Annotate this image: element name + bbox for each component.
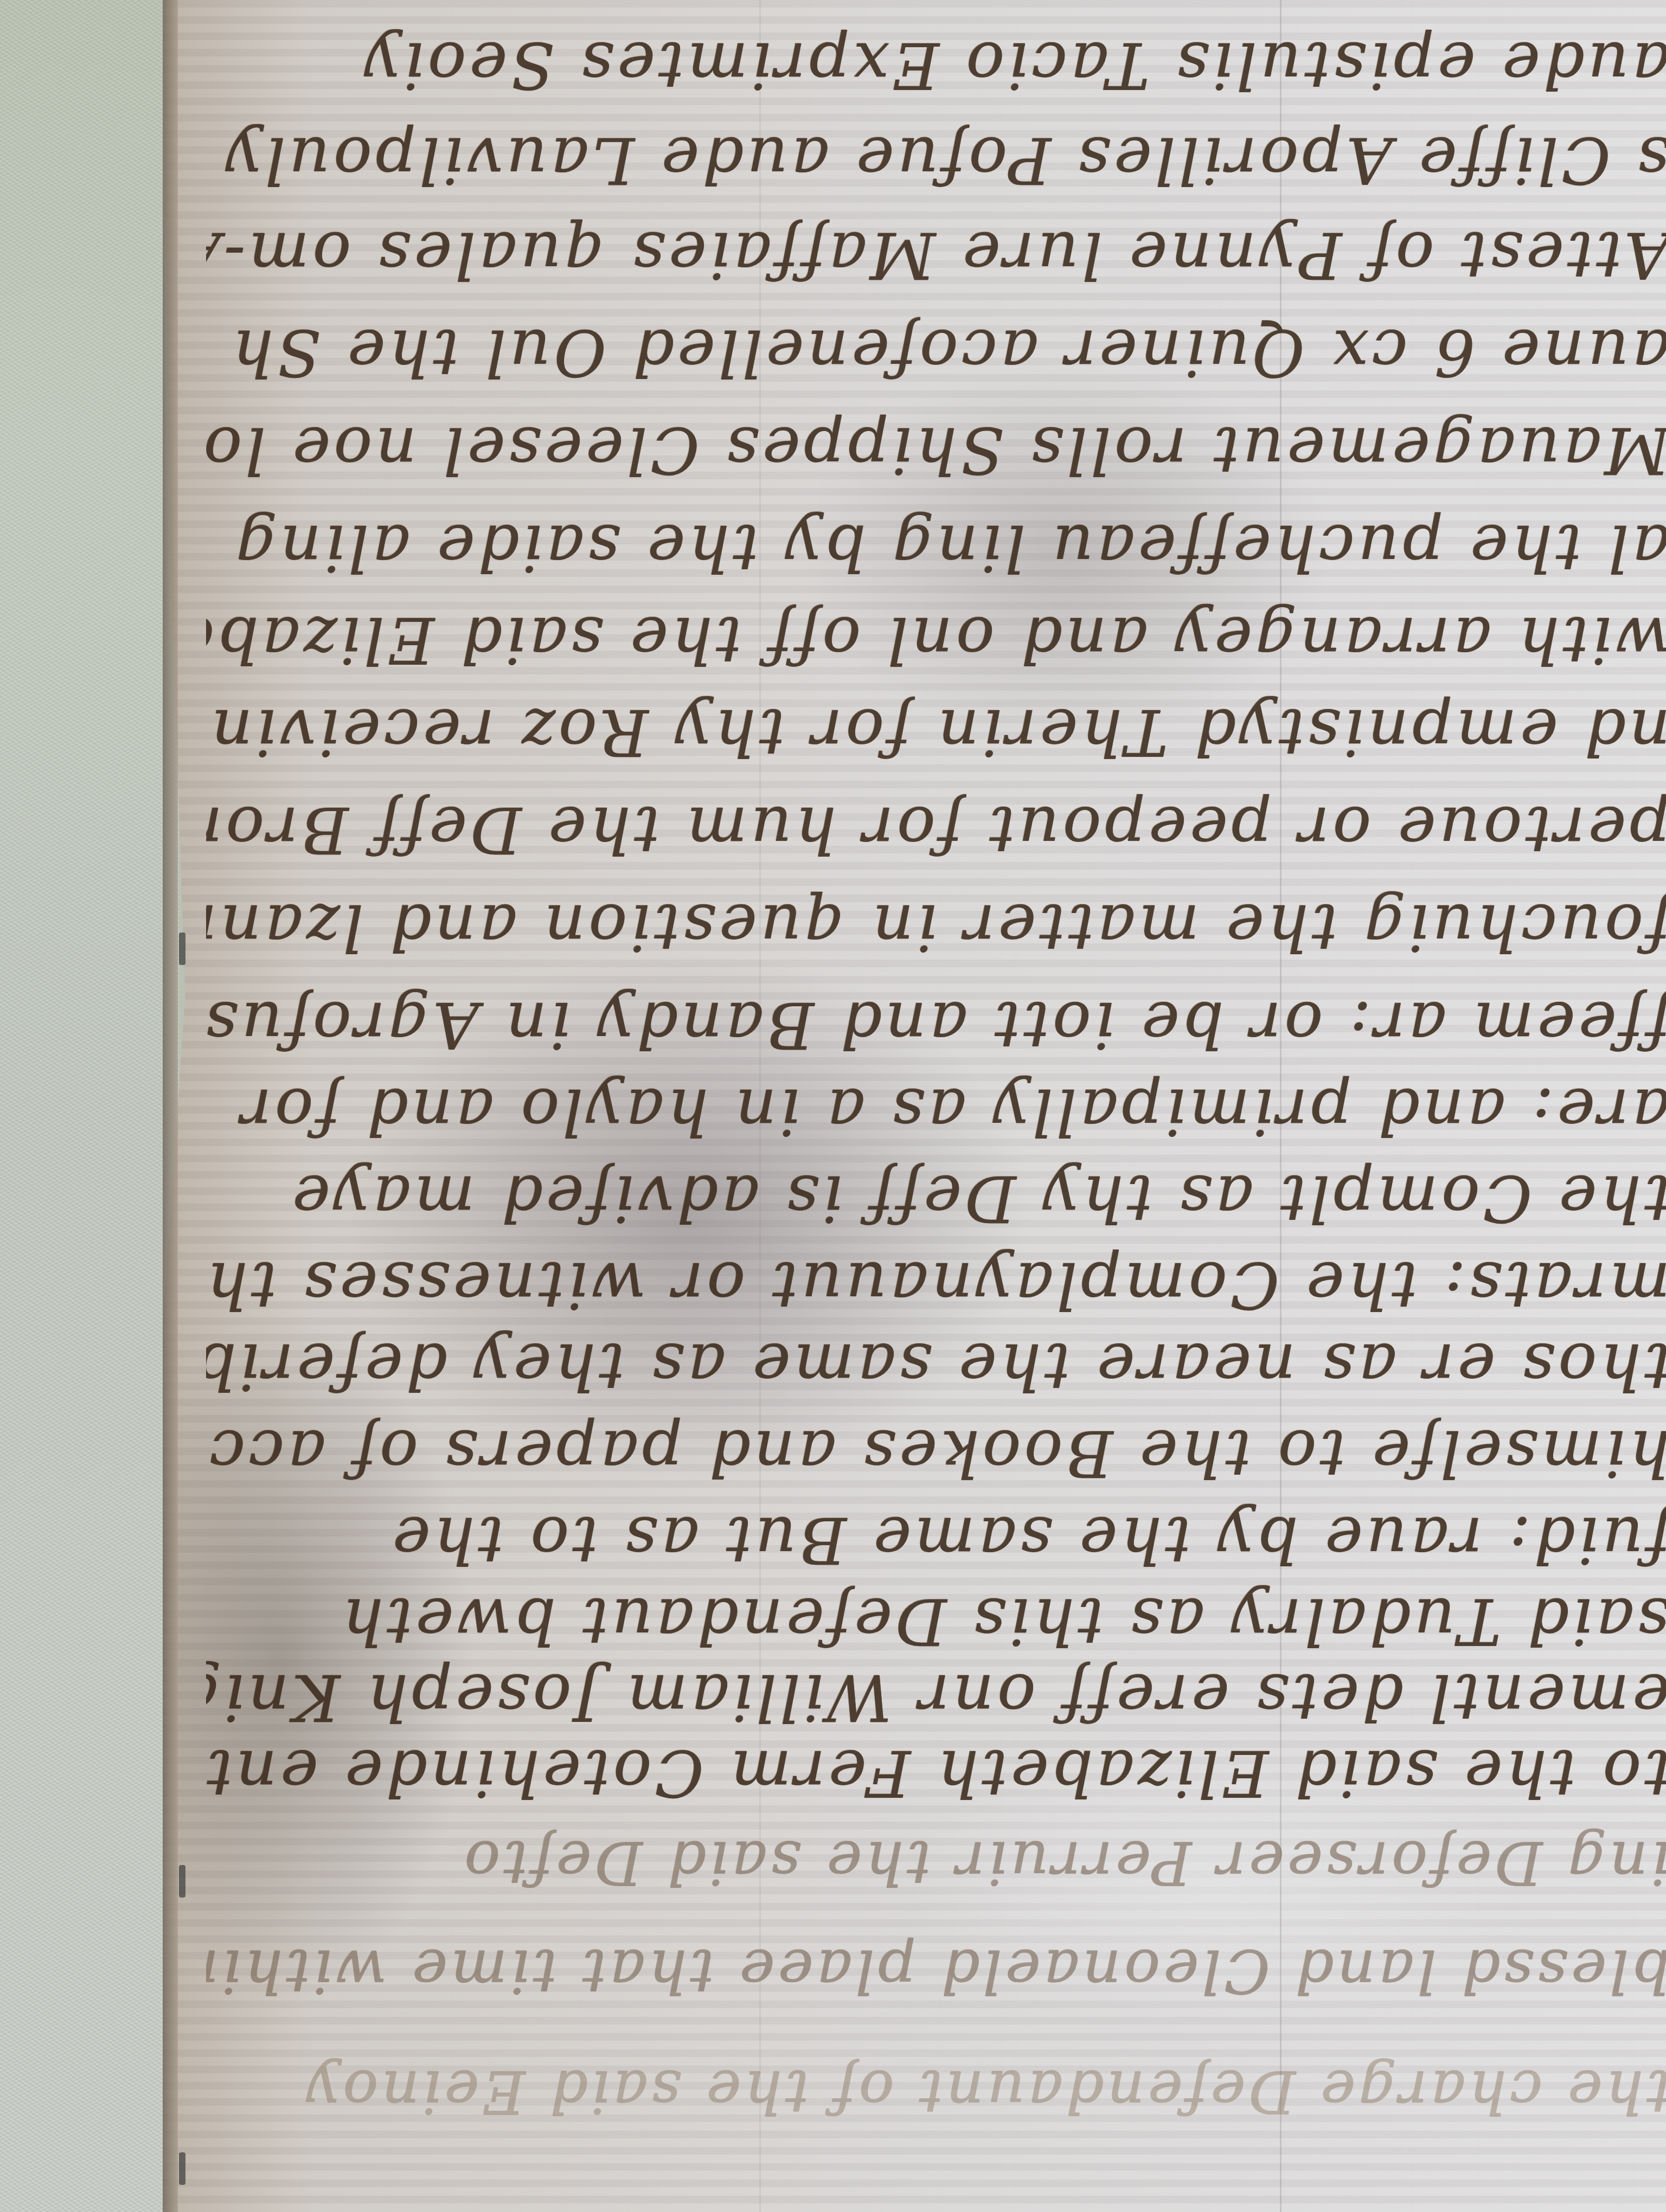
parchment-edge	[163, 0, 178, 2212]
margin-mark	[179, 933, 185, 965]
text-line: aune 6 cx Quiner acofenelled Oul the Sh	[206, 316, 1666, 390]
text-line: ffeem ar: or be iott and Bandy in Agrofu…	[206, 988, 1666, 1063]
text-line: ing Deforseer Perruir the said Defto	[206, 1828, 1666, 1898]
margin-mark	[179, 2152, 185, 2185]
text-line: with arrangey and onl off the said Eliza…	[206, 603, 1666, 678]
text-line: Attest of Pynne lure Maffaies quales om-…	[206, 218, 1666, 293]
text-line: fouchuig the matter in question and lzan…	[206, 890, 1666, 965]
leather-background	[0, 0, 179, 2212]
text-line: ementl dets ereff onr William Joseph Kni…	[206, 1660, 1666, 1735]
text-line: thos er as neare the same as they deferi…	[206, 1329, 1666, 1404]
text-line: to the said Elizabeth Ferm Cotehinde ent…	[206, 1736, 1666, 1811]
text-line: mrats: the Complaynauut or witnesses the…	[206, 1248, 1666, 1323]
text-line: said Tudalry as this Defendaut bweth	[206, 1584, 1666, 1659]
handwritten-text-block: aude epistulis Tacio Exprimtes Seoiy s C…	[206, 0, 1666, 2212]
text-line: the Complt as thy Deff is advifed maye	[206, 1161, 1666, 1236]
text-line: the charge Defendaunt of the said Eeinoy	[206, 2057, 1666, 2125]
text-line: are: and primipally as a in haylo and fo…	[206, 1075, 1666, 1149]
text-line: aude epistulis Tacio Exprimtes Seoiy	[206, 28, 1666, 103]
text-line: al the pucheffeau ling by the saide alin…	[206, 511, 1666, 586]
text-line: fuid: raue by the same But as to the	[206, 1503, 1666, 1578]
text-line: s Cliffe Aporilles Pofue aude Lauvilpoul…	[206, 123, 1666, 198]
text-line: pertoue or peepout for hum the Deff Bror…	[206, 793, 1666, 867]
text-line: blessd land Cleonaeld plaee that time wi…	[206, 1937, 1666, 2006]
margin-mark	[179, 1865, 185, 1898]
text-line: nd empnistyd Therin for thy Roz receivin…	[206, 695, 1666, 770]
text-line: himselfe to the Bookes and papers of acc…	[206, 1416, 1666, 1491]
text-line: Mauagemeut rolls Shippes Cleesel noe loo…	[206, 413, 1666, 488]
